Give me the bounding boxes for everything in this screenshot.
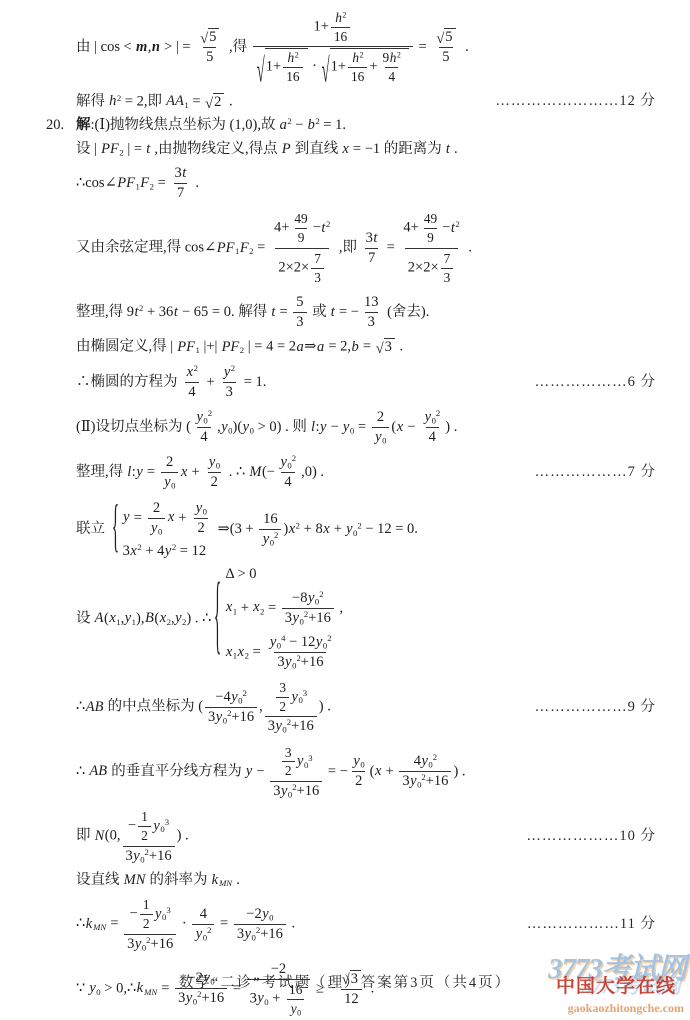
exam-answer-page: 由 | cos < m,n > | = √55 ,得 1+h216√1+h216… [0, 0, 690, 1020]
math-expression: 整理,得 9t2 + 36t − 65 = 0. 解得 t = 53 或 t =… [76, 293, 429, 332]
solution-line: ∴cos∠PF1F2 = 3t7 . [76, 164, 656, 203]
math-expression: ∴ AB 的垂直平分线方程为 y − 32y033y02+16 = −y02(x… [76, 743, 466, 802]
math-expression: 即 N(0,−12y033y02+16) . [76, 807, 189, 866]
solution-line: 解得 h2 = 2,即 AA1 = √2 .……………………12 分 [76, 93, 656, 111]
solution-line: 设 | PF2 | = t ,由抛物线定义,得点 P 到直线 x = −1 的距… [76, 141, 656, 158]
solution-line: 20.解:(Ⅰ)抛物线焦点坐标为 (1,0),故 a2 − b2 = 1. [76, 117, 656, 134]
solution-line: ∴椭圆的方程为 x24 + y23 = 1.………………6 分 [76, 363, 656, 402]
solution-line: 又由余弦定理,得 cos∠PF1F2 = 4+499−t22×2×73 ,即 3… [76, 209, 656, 287]
solution-line: ∴AB 的中点坐标为 (−4y023y02+16,32y033y02+16) .… [76, 678, 656, 737]
solution-line: 设直线 MN 的斜率为 kMN . [76, 872, 656, 889]
solution-line: (Ⅱ)设切点坐标为 (y024,y0)(y0 > 0) . 则 l:y − y0… [76, 408, 656, 447]
math-expression: 整理,得 l:y = 2y0x + y02 . ∴ M(−y024,0) . [76, 453, 324, 492]
solution-line: 联立 {y = 2y0x + y023x2 + 4y2 = 12 ⇒(3 + 1… [76, 499, 656, 561]
math-expression: ∴AB 的中点坐标为 (−4y023y02+16,32y033y02+16) . [76, 678, 331, 737]
score-marker: ………………9 分 [527, 699, 656, 716]
math-expression: ∴椭圆的方程为 x24 + y23 = 1. [76, 363, 266, 402]
solution-line: 即 N(0,−12y033y02+16) .………………10 分 [76, 807, 656, 866]
score-marker: ………………11 分 [519, 916, 656, 933]
math-expression: 联立 {y = 2y0x + y023x2 + 4y2 = 12 ⇒(3 + 1… [76, 499, 418, 561]
math-expression: ∴kMN = −12y033y02+16 · 4y02 = −2y03y02+1… [76, 895, 295, 954]
solution-line: 整理,得 l:y = 2y0x + y02 . ∴ M(−y024,0) .……… [76, 453, 656, 492]
math-expression: 设直线 MN 的斜率为 kMN . [76, 872, 240, 889]
page-footer: 数学“二诊”考试题（理）答案第3页（共4页） [0, 971, 690, 992]
math-expression: 解得 h2 = 2,即 AA1 = √2 . [76, 93, 233, 111]
solution-line: 设 A(x1,y1),B(x2,y2) . ∴{Δ > 0x1 + x2 = −… [76, 566, 656, 672]
solution-content: 由 | cos < m,n > | = √55 ,得 1+h216√1+h216… [46, 8, 656, 1018]
math-expression: 由 | cos < m,n > | = √55 ,得 1+h216√1+h216… [76, 8, 469, 87]
score-marker: ………………7 分 [527, 464, 656, 481]
solution-line: ∴ AB 的垂直平分线方程为 y − 32y033y02+16 = −y02(x… [76, 743, 656, 802]
solution-line: 整理,得 9t2 + 36t − 65 = 0. 解得 t = 53 或 t =… [76, 293, 656, 332]
math-expression: 设 A(x1,y1),B(x2,y2) . ∴{Δ > 0x1 + x2 = −… [76, 566, 345, 672]
problem-number: 20. [46, 117, 76, 134]
math-expression: 由椭圆定义,得 | PF1 |+| PF2 | = 4 = 2a⇒a = 2,b… [76, 338, 403, 356]
score-marker: ………………10 分 [518, 828, 656, 845]
math-expression: 设 | PF2 | = t ,由抛物线定义,得点 P 到直线 x = −1 的距… [76, 141, 458, 158]
score-marker: ……………………12 分 [487, 93, 656, 110]
score-marker: ………………6 分 [527, 374, 656, 391]
solution-line: ∴kMN = −12y033y02+16 · 4y02 = −2y03y02+1… [76, 895, 656, 954]
solution-line: 由 | cos < m,n > | = √55 ,得 1+h216√1+h216… [76, 8, 656, 87]
math-expression: (Ⅱ)设切点坐标为 (y024,y0)(y0 > 0) . 则 l:y − y0… [76, 408, 457, 447]
math-expression: 又由余弦定理,得 cos∠PF1F2 = 4+499−t22×2×73 ,即 3… [76, 209, 472, 287]
math-expression: 20.解:(Ⅰ)抛物线焦点坐标为 (1,0),故 a2 − b2 = 1. [76, 117, 346, 134]
solution-line: 由椭圆定义,得 | PF1 |+| PF2 | = 4 = 2a⇒a = 2,b… [76, 338, 656, 356]
math-expression: ∴cos∠PF1F2 = 3t7 . [76, 164, 199, 203]
